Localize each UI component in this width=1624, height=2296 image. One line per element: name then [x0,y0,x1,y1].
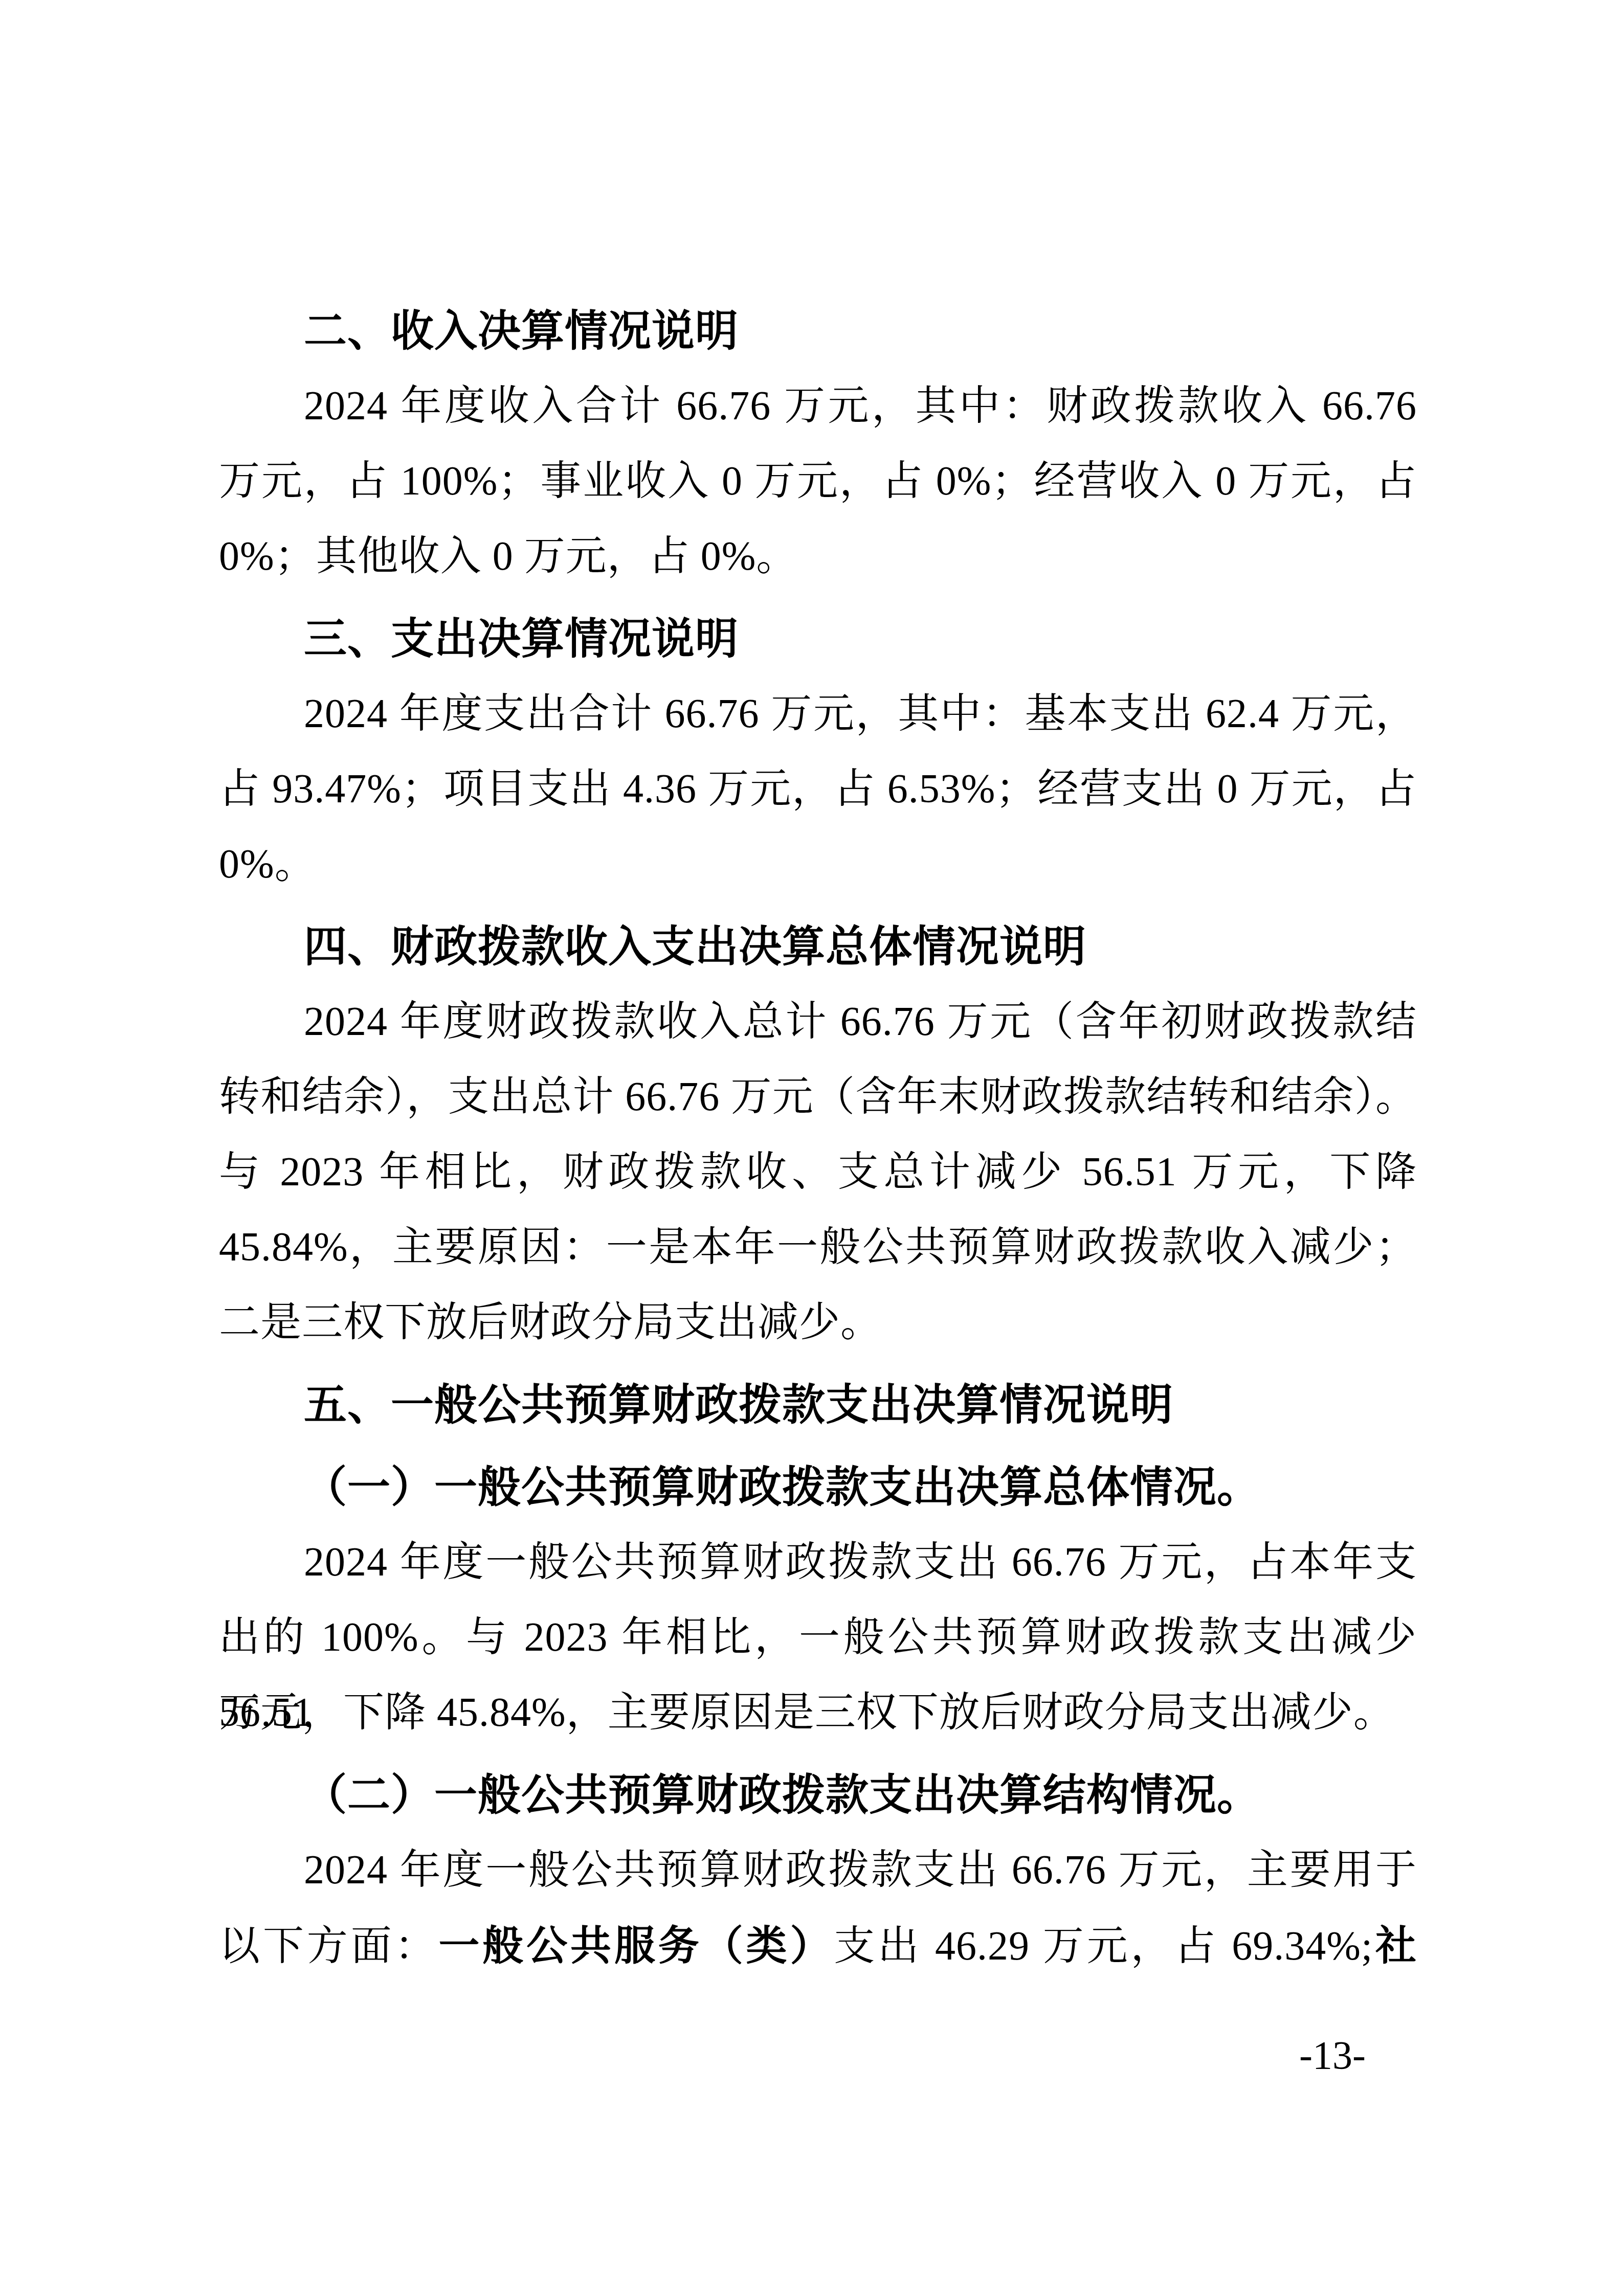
document-body: 二、收入决算情况说明 2024 年度收入合计 66.76 万元，其中：财政拨款收… [219,0,1417,1983]
body-line: 2024 年度一般公共预算财政拨款支出 66.76 万元，主要用于 [219,1833,1417,1908]
body-text-segment: 以下方面： [219,1924,438,1969]
body-line: 2024 年度一般公共预算财政拨款支出 66.76 万元，占本年支 [219,1525,1417,1600]
section-heading-expenditure: 三、支出决算情况说明 [219,601,1417,677]
section-heading-fiscal-appropriation-overview: 四、财政拨款收入支出决算总体情况说明 [219,909,1417,984]
body-line: 万元，下降 45.84%，主要原因是三权下放后财政分局支出减少。 [219,1675,1417,1750]
body-line: 出的 100%。与 2023 年相比，一般公共预算财政拨款支出减少 56.51 [219,1600,1417,1675]
body-line-mixed: 以下方面：一般公共服务（类）支出 46.29 万元，占 69.34%;社 [219,1908,1417,1983]
body-line: 转和结余），支出总计 66.76 万元（含年末财政拨款结转和结余）。 [219,1060,1417,1135]
subsection-heading-structure-situation: （二）一般公共预算财政拨款支出决算结构情况。 [219,1758,1417,1833]
body-line: 与 2023 年相比，财政拨款收、支总计减少 56.51 万元，下降 [219,1135,1417,1210]
page-number: -13- [1299,2035,1366,2075]
section-heading-general-public-budget: 五、一般公共预算财政拨款支出决算情况说明 [219,1367,1417,1443]
body-line: 2024 年度收入合计 66.76 万元，其中：财政拨款收入 66.76 [219,369,1417,444]
body-line: 2024 年度财政拨款收入总计 66.76 万元（含年初财政拨款结 [219,984,1417,1060]
body-line: 占 93.47%；项目支出 4.36 万元，占 6.53%；经营支出 0 万元，… [219,752,1417,827]
section-heading-income: 二、收入决算情况说明 [219,294,1417,369]
body-line: 万元，占 100%；事业收入 0 万元，占 0%；经营收入 0 万元，占 [219,444,1417,519]
body-line: 45.84%，主要原因：一是本年一般公共预算财政拨款收入减少； [219,1210,1417,1285]
body-line: 二是三权下放后财政分局支出减少。 [219,1285,1417,1360]
bold-text-segment: 一般公共服务（类） [438,1923,834,1968]
body-line: 2024 年度支出合计 66.76 万元，其中：基本支出 62.4 万元， [219,677,1417,752]
body-line: 0%；其他收入 0 万元，占 0%。 [219,519,1417,594]
body-text-segment: 支出 46.29 万元，占 69.34%; [834,1924,1373,1969]
document-page: 二、收入决算情况说明 2024 年度收入合计 66.76 万元，其中：财政拨款收… [0,0,1624,2296]
subsection-heading-overall-situation: （一）一般公共预算财政拨款支出决算总体情况。 [219,1450,1417,1525]
body-line: 0%。 [219,827,1417,902]
bold-text-segment: 社 [1373,1923,1417,1968]
